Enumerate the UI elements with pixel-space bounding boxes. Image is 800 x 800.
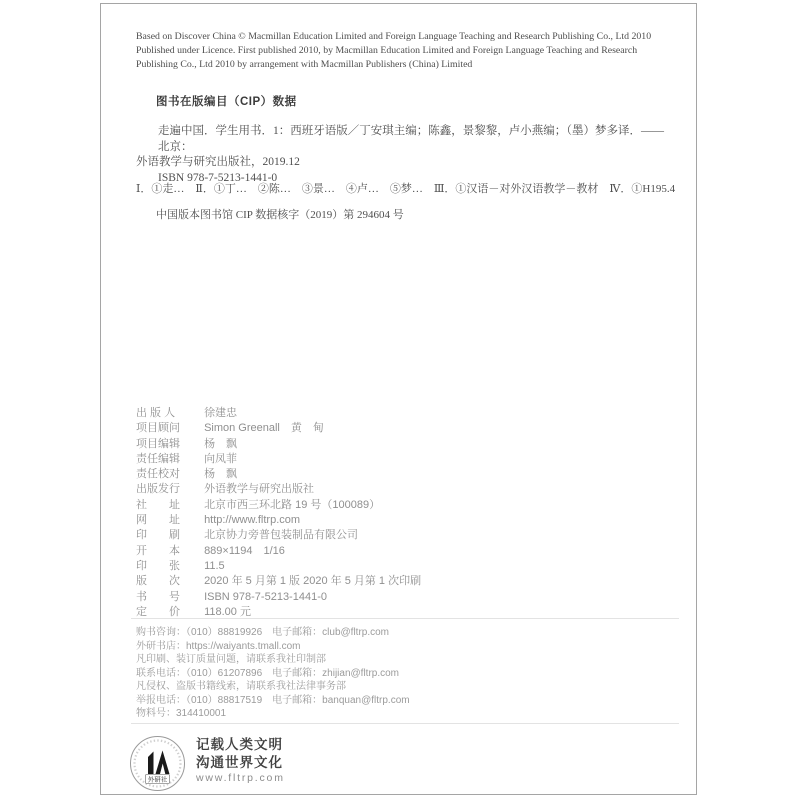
contact-section-divider-bottom (131, 723, 679, 724)
pub-value: Simon Greenall 黄 甸 (204, 421, 324, 436)
copyright-line: Publishing Co., Ltd 2010 by arrangement … (136, 58, 671, 72)
pub-label: 版 次 (136, 574, 182, 589)
cip-record-number: 中国版本图书馆 CIP 数据核字（2019）第 294604 号 (156, 206, 404, 222)
contact-line: 凡侵权、盗版书籍线索，请联系我社法律事务部 (136, 680, 676, 694)
copyright-line: Based on Discover China © Macmillan Educ… (136, 30, 671, 44)
contact-line: 购书咨询：（010）88819926 电子邮箱：club@fltrp.com (136, 626, 676, 640)
contact-line: 物料号：314410001 (136, 707, 676, 721)
pub-value: 外语教学与研究出版社 (204, 482, 314, 497)
pub-label: 印 张 (136, 559, 182, 574)
pub-value: 杨 飘 (204, 437, 237, 452)
pub-row-publisher: 出版发行 外语教学与研究出版社 (136, 482, 676, 497)
pub-value: 北京市西三环北路 19 号（100089） (204, 498, 380, 513)
pub-value: 2020 年 5 月第 1 版 2020 年 5 月第 1 次印刷 (204, 574, 421, 589)
pub-row-project-advisor: 项目顾问 Simon Greenall 黄 甸 (136, 421, 676, 436)
publisher-website: www.fltrp.com (196, 771, 285, 785)
contact-line: 举报电话：（010）88817519 电子邮箱：banquan@fltrp.co… (136, 694, 676, 708)
pub-value: 徐建忠 (204, 406, 237, 421)
pub-value: 889×1194 1/16 (204, 544, 285, 559)
pub-value: 11.5 (204, 559, 225, 574)
pub-row-proofreader: 责任校对 杨 飘 (136, 467, 676, 482)
pub-row-format: 开 本 889×1194 1/16 (136, 544, 676, 559)
pub-row-project-editor: 项目编辑 杨 飘 (136, 437, 676, 452)
pub-row-address: 社 址 北京市西三环北路 19 号（100089） (136, 498, 676, 513)
pub-value: ISBN 978-7-5213-1441-0 (204, 590, 327, 605)
contact-info-block: 购书咨询：（010）88819926 电子邮箱：club@fltrp.com 外… (136, 626, 676, 721)
cip-heading: 图书在版编目（CIP）数据 (156, 93, 297, 109)
pub-label: 出版发行 (136, 482, 182, 497)
contact-section-divider-top (131, 618, 679, 619)
pub-label: 项目顾问 (136, 421, 182, 436)
pub-value: http://www.fltrp.com (204, 513, 300, 528)
pub-label: 网 址 (136, 513, 182, 528)
pub-label: 责任校对 (136, 467, 182, 482)
publisher-slogan: 记载人类文明 沟通世界文化 www.fltrp.com (196, 736, 285, 785)
pub-row-edition: 版 次 2020 年 5 月第 1 版 2020 年 5 月第 1 次印刷 (136, 574, 676, 589)
pub-label: 社 址 (136, 498, 182, 513)
pub-value: 向凤菲 (204, 452, 237, 467)
pub-row-sheets: 印 张 11.5 (136, 559, 676, 574)
svg-text:外研社: 外研社 (148, 775, 168, 784)
publication-info-list: 出 版 人 徐建忠 项目顾问 Simon Greenall 黄 甸 项目编辑 杨… (136, 406, 676, 620)
fltrp-logo-icon: 外研社 (129, 735, 186, 792)
contact-line: 外研书店：https://waiyants.tmall.com (136, 640, 676, 654)
pub-label: 责任编辑 (136, 452, 182, 467)
pub-label: 项目编辑 (136, 437, 182, 452)
pub-row-publisher-person: 出 版 人 徐建忠 (136, 406, 676, 421)
pub-label: 书 号 (136, 590, 182, 605)
slogan-line-2: 沟通世界文化 (196, 754, 285, 772)
pub-row-printer: 印 刷 北京协力旁普包装制品有限公司 (136, 528, 676, 543)
copyright-line: Published under Licence. First published… (136, 44, 671, 58)
cip-description: 走遍中国．学生用书．1：西班牙语版／丁安琪主编；陈鑫，景黎黎，卢小燕编；（墨）梦… (136, 124, 676, 186)
pub-row-isbn: 书 号 ISBN 978-7-5213-1441-0 (136, 590, 676, 605)
pub-label: 开 本 (136, 544, 182, 559)
pub-row-responsible-editor: 责任编辑 向凤菲 (136, 452, 676, 467)
contact-line: 凡印刷、装订质量问题，请联系我社印制部 (136, 653, 676, 667)
english-copyright-notice: Based on Discover China © Macmillan Educ… (136, 30, 671, 72)
pub-label: 印 刷 (136, 528, 182, 543)
pub-value: 北京协力旁普包装制品有限公司 (204, 528, 358, 543)
pub-row-website: 网 址 http://www.fltrp.com (136, 513, 676, 528)
contact-line: 联系电话：（010）61207896 电子邮箱：zhijian@fltrp.co… (136, 667, 676, 681)
pub-value: 杨 飘 (204, 467, 237, 482)
cip-publisher-line: 外语教学与研究出版社，2019.12 (136, 155, 676, 171)
slogan-line-1: 记载人类文明 (196, 736, 285, 754)
cip-classification: Ⅰ．①走… Ⅱ．①丁… ②陈… ③景… ④卢… ⑤梦… Ⅲ．①汉语－对外汉语教学… (136, 180, 681, 196)
copyright-page-sheet: Based on Discover China © Macmillan Educ… (100, 3, 697, 795)
pub-label: 出 版 人 (136, 406, 182, 421)
cip-title-line: 走遍中国．学生用书．1：西班牙语版／丁安琪主编；陈鑫，景黎黎，卢小燕编；（墨）梦… (136, 124, 676, 155)
